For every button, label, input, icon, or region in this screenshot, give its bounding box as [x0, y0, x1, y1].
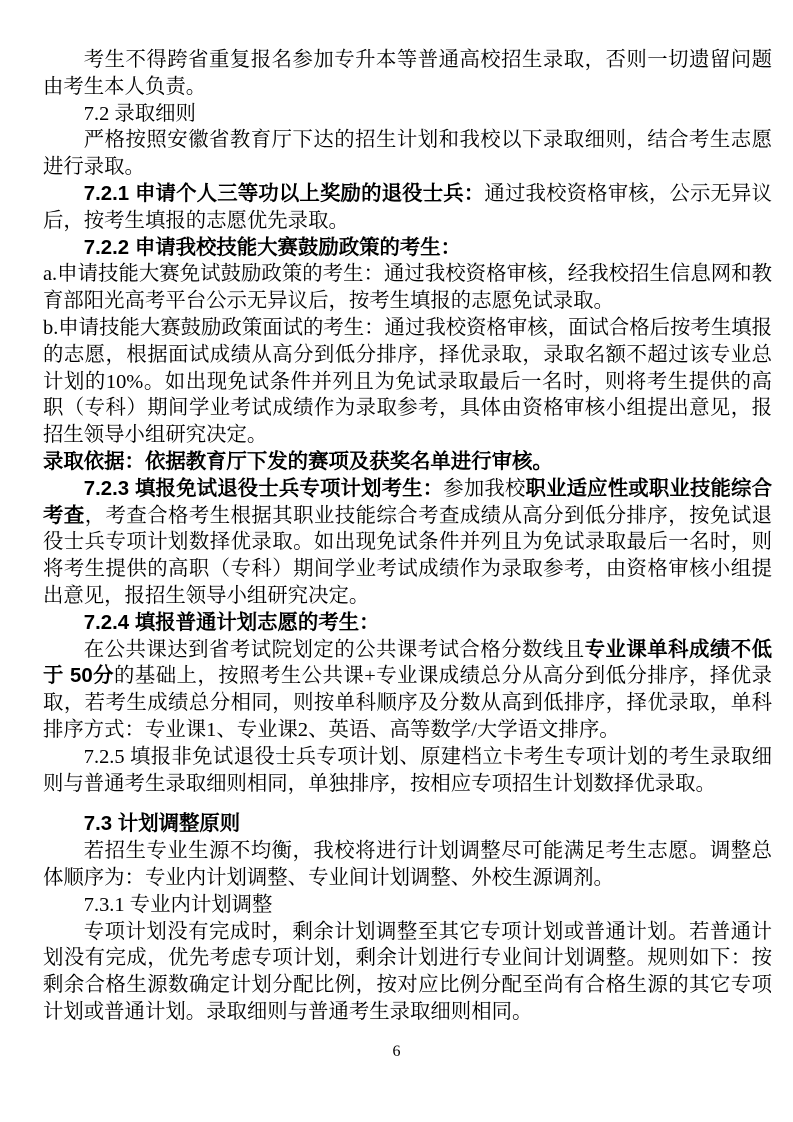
- text-run: b.申请技能大赛鼓励政策面试的考生：通过我校资格审核，面试合格后按考生填报的志愿…: [43, 317, 772, 446]
- text-run: 在公共课达到省考试院划定的公共课考试合格分数线且: [84, 639, 585, 661]
- text-run: 7.2.3 填报免试退役士兵专项计划考生：: [84, 478, 444, 500]
- text-run: 参加我校: [443, 478, 525, 500]
- document-page: 考生不得跨省重复报名参加专升本等普通高校招生录取，否则一切遗留问题由考生本人负责…: [0, 0, 793, 1122]
- page-number: 6: [0, 1042, 793, 1062]
- text-run: 录取依据：依据教育厅下发的赛项及获奖名单进行审核。: [43, 451, 553, 473]
- paragraph: 7.2.5 填报非免试退役士兵专项计划、原建档立卡考生专项计划的考生录取细则与普…: [43, 744, 772, 798]
- paragraph: 7.2.4 填报普通计划志愿的考生：: [43, 610, 772, 637]
- paragraph: 7.2 录取细则: [43, 101, 772, 128]
- text-run: 7.2.5 填报非免试退役士兵专项计划、原建档立卡考生专项计划的考生录取细则与普…: [43, 746, 772, 795]
- text-run: 严格按照安徽省教育厅下达的招生计划和我校以下录取细则，结合考生志愿进行录取。: [43, 129, 772, 178]
- paragraph: 专项计划没有完成时，剩余计划调整至其它专项计划或普通计划。若普通计划没有完成，优…: [43, 919, 772, 1026]
- paragraph: 考生不得跨省重复报名参加专升本等普通高校招生录取，否则一切遗留问题由考生本人负责…: [43, 47, 772, 101]
- paragraph: 录取依据：依据教育厅下发的赛项及获奖名单进行审核。: [43, 449, 772, 476]
- text-run: ，考查合格考生根据其职业技能综合考查成绩从高分到低分排序，按免试退役士兵专项计划…: [43, 505, 772, 607]
- text-run: 考生不得跨省重复报名参加专升本等普通高校招生录取，否则一切遗留问题由考生本人负责…: [43, 49, 772, 98]
- text-run: 若招生专业生源不均衡，我校将进行计划调整尽可能满足考生志愿。调整总体顺序为：专业…: [43, 840, 772, 889]
- paragraph: 严格按照安徽省教育厅下达的招生计划和我校以下录取细则，结合考生志愿进行录取。: [43, 127, 772, 181]
- document-body: 考生不得跨省重复报名参加专升本等普通高校招生录取，否则一切遗留问题由考生本人负责…: [43, 47, 772, 1026]
- text-run: 7.3 计划调整原则: [84, 813, 240, 835]
- paragraph: 7.3.1 专业内计划调整: [43, 892, 772, 919]
- text-run: 专项计划没有完成时，剩余计划调整至其它专项计划或普通计划。若普通计划没有完成，优…: [43, 921, 772, 1023]
- paragraph: 7.2.1 申请个人三等功以上奖励的退役士兵：通过我校资格审核，公示无异议后，按…: [43, 181, 772, 235]
- paragraph: 若招生专业生源不均衡，我校将进行计划调整尽可能满足考生志愿。调整总体顺序为：专业…: [43, 838, 772, 892]
- paragraph: 在公共课达到省考试院划定的公共课考试合格分数线且专业课单科成绩不低于 50分的基…: [43, 637, 772, 744]
- text-run: 7.3.1 专业内计划调整: [84, 894, 273, 916]
- paragraph: b.申请技能大赛鼓励政策面试的考生：通过我校资格审核，面试合格后按考生填报的志愿…: [43, 315, 772, 449]
- paragraph: 7.3 计划调整原则: [43, 811, 772, 838]
- text-run: a.申请技能大赛免试鼓励政策的考生：通过我校资格审核，经我校招生信息网和教育部阳…: [43, 263, 772, 312]
- text-run: 7.2.1 申请个人三等功以上奖励的退役士兵：: [84, 183, 485, 205]
- text-run: 7.2 录取细则: [84, 103, 196, 125]
- paragraph: 7.2.2 申请我校技能大赛鼓励政策的考生：: [43, 235, 772, 262]
- paragraph: 7.2.3 填报免试退役士兵专项计划考生：参加我校职业适应性或职业技能综合考查，…: [43, 476, 772, 610]
- paragraph: a.申请技能大赛免试鼓励政策的考生：通过我校资格审核，经我校招生信息网和教育部阳…: [43, 261, 772, 315]
- text-run: 7.2.2 申请我校技能大赛鼓励政策的考生：: [84, 237, 461, 259]
- text-run: 的基础上，按照考生公共课+专业课成绩总分从高分到低分排序，择优录取，若考生成绩总…: [43, 665, 772, 741]
- text-run: 7.2.4 填报普通计划志愿的考生：: [84, 612, 380, 634]
